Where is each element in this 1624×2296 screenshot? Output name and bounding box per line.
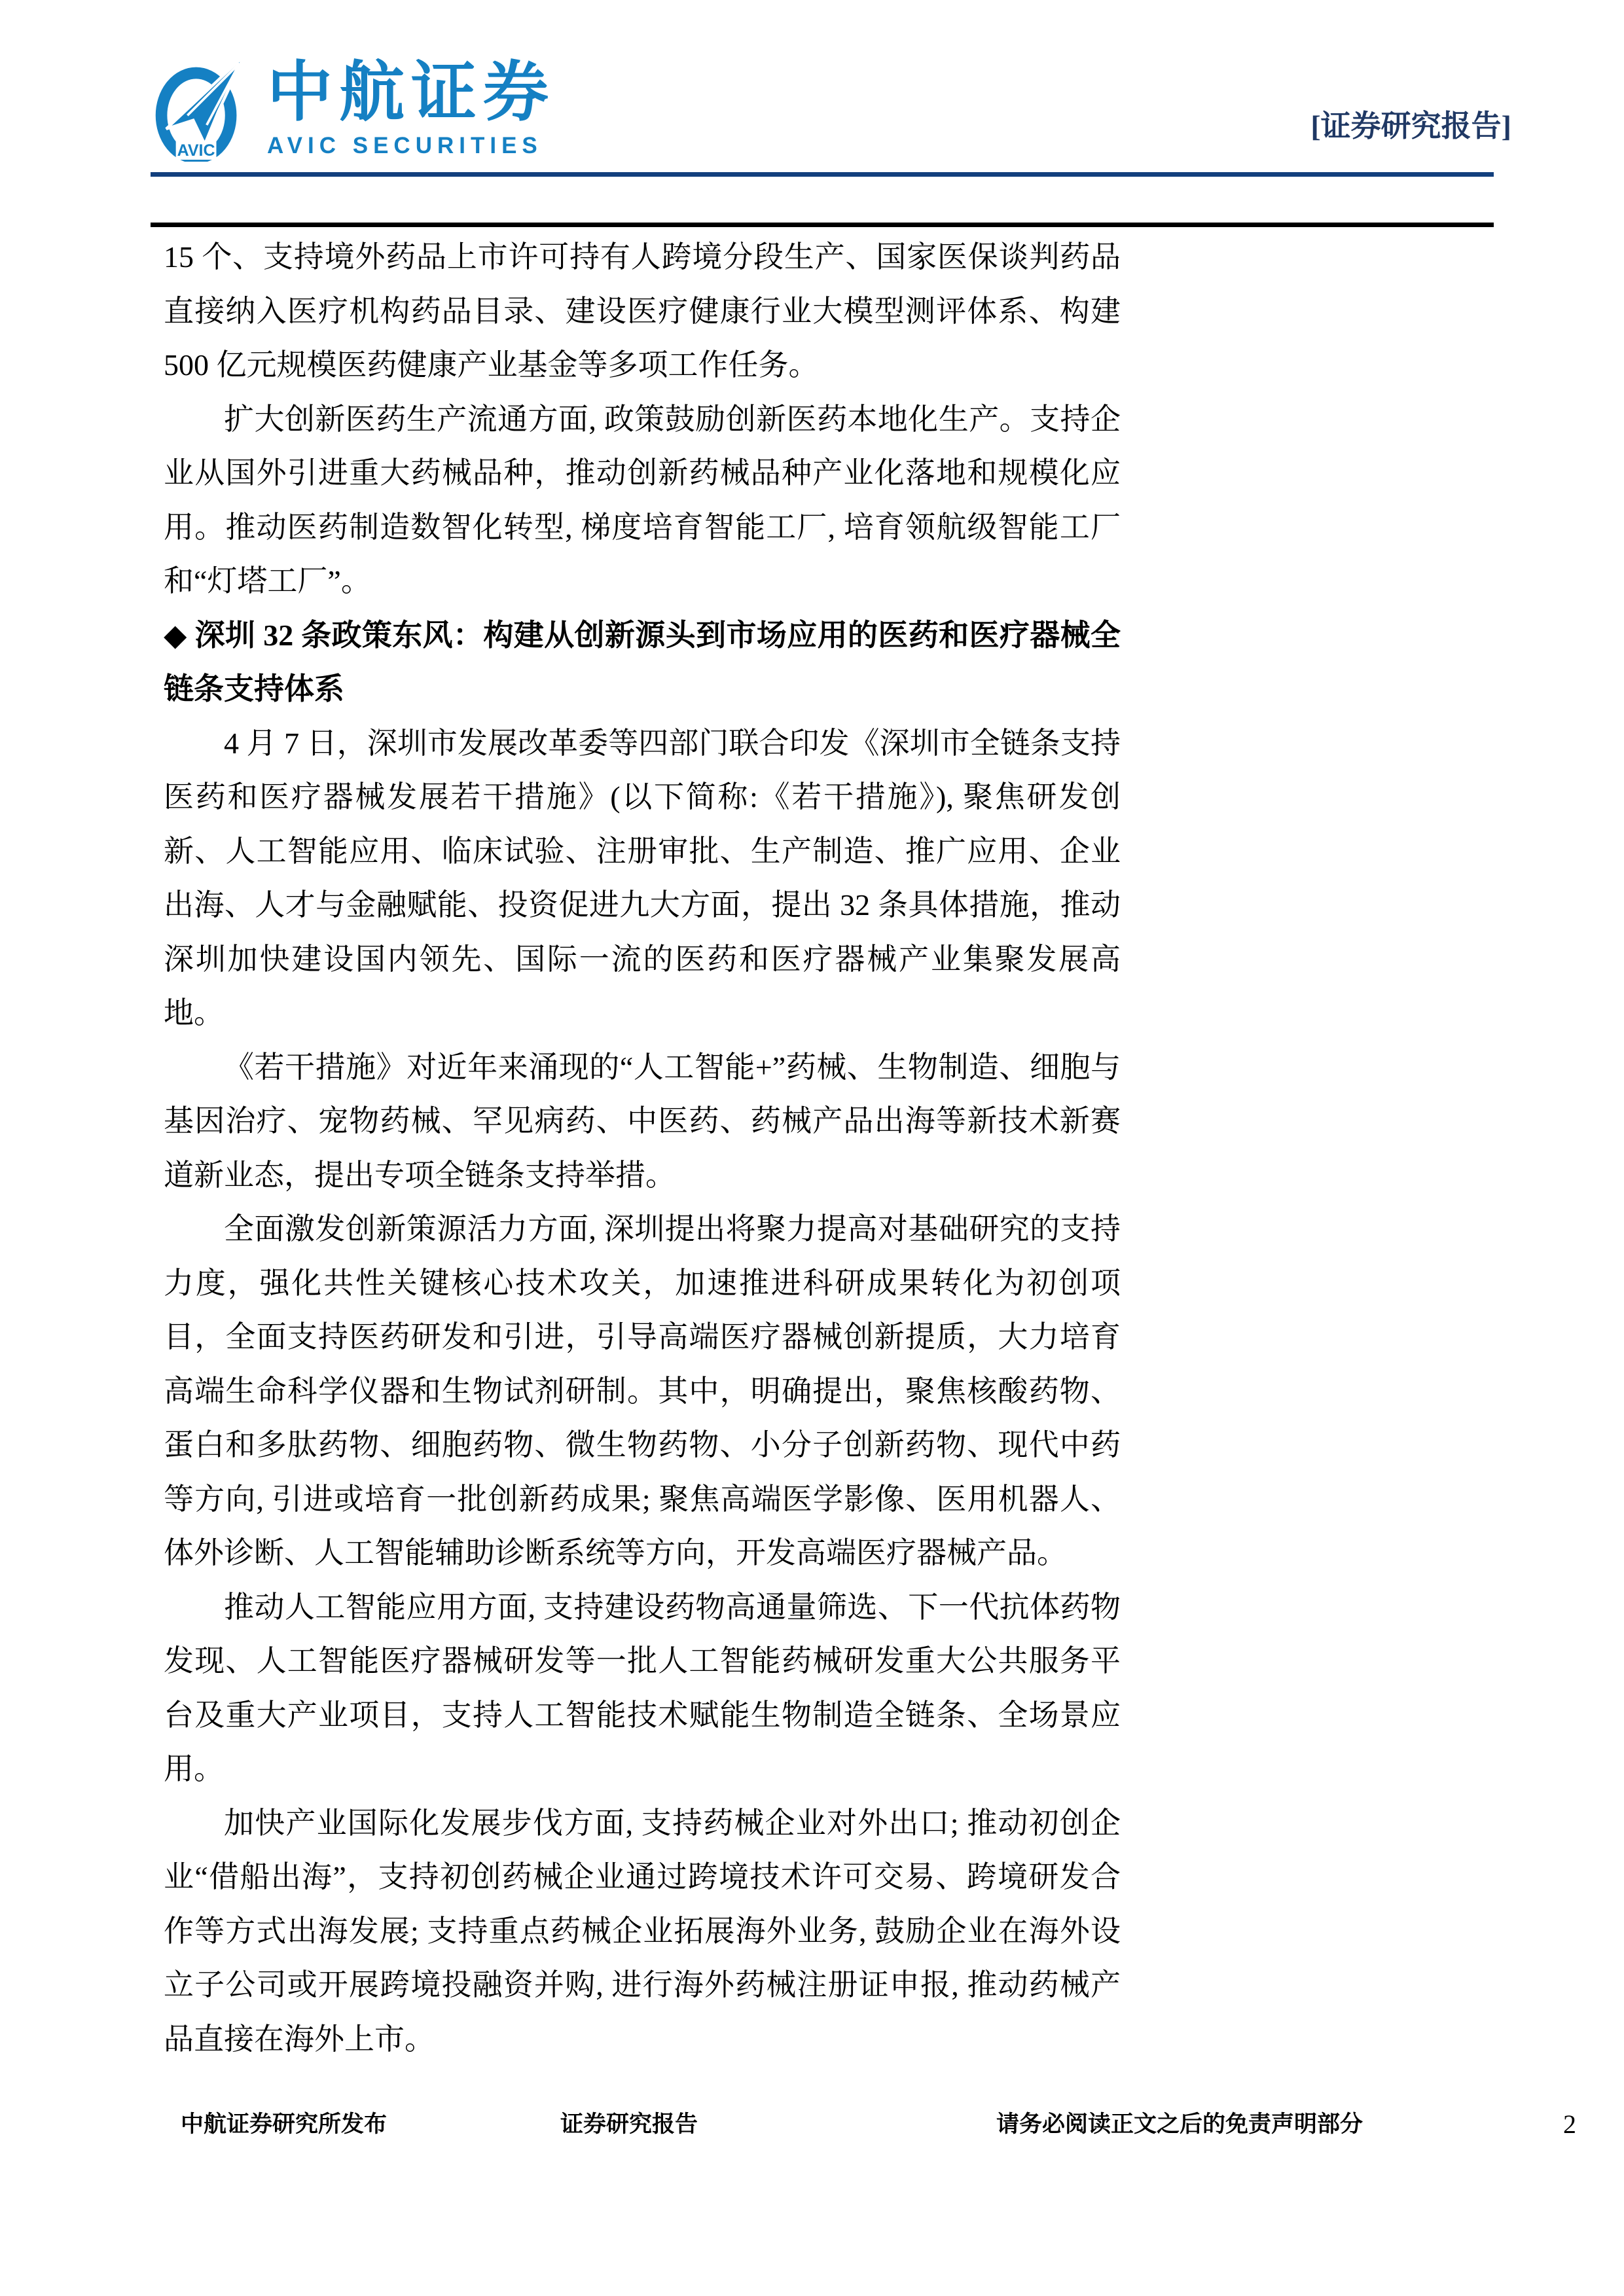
footer-report-type: 证券研究报告 [560,2111,698,2138]
page-number: 2 [1563,2110,1576,2139]
logo-english-name: AVIC SECURITIES [267,133,555,159]
company-logo: AVIC 中航证券 AVIC SECURITIES [149,56,555,162]
avic-plane-icon: AVIC [149,56,249,162]
body-paragraph: 加快产业国际化发展步伐方面, 支持药械企业对外出口; 推动初创企业“借船出海”，… [164,1797,1121,2067]
header-rule-black [151,223,1494,227]
body-paragraph: 15 个、支持境外药品上市许可持有人跨境分段生产、国家医保谈判药品直接纳入医疗机… [164,230,1121,393]
footer-disclaimer: 请务必阅读正文之后的免责声明部分 [996,2111,1363,2138]
body-paragraph: 扩大创新医药生产流通方面, 政策鼓励创新医药本地化生产。支持企业从国外引进重大药… [164,393,1121,609]
body-paragraph: 推动人工智能应用方面, 支持建设药物高通量筛选、下一代抗体药物发现、人工智能医疗… [164,1581,1121,1797]
logo-text-block: 中航证券 AVIC SECURITIES [267,56,555,159]
header-rule-blue [151,172,1494,177]
report-body: 15 个、支持境外药品上市许可持有人跨境分段生产、国家医保谈判药品直接纳入医疗机… [164,230,1121,2066]
body-paragraph: 4 月 7 日，深圳市发展改革委等四部门联合印发《深圳市全链条支持医药和医疗器械… [164,717,1121,1041]
section-heading: ◆ 深圳 32 条政策东风：构建从创新源头到市场应用的医药和医疗器械全链条支持体… [164,609,1121,717]
body-paragraph: 《若干措施》对近年来涌现的“人工智能+”药械、生物制造、细胞与基因治疗、宠物药械… [164,1041,1121,1203]
logo-chinese-name: 中航证券 [267,57,555,128]
avic-icon-label: AVIC [177,141,215,160]
footer-publisher: 中航证券研究所发布 [181,2111,387,2138]
report-page: AVIC 中航证券 AVIC SECURITIES [证券研究报告] 15 个、… [0,0,1624,2296]
body-paragraph: 全面激发创新策源活力方面, 深圳提出将聚力提高对基础研究的支持力度，强化共性关键… [164,1202,1121,1581]
report-tag: [证券研究报告] [1310,110,1511,143]
